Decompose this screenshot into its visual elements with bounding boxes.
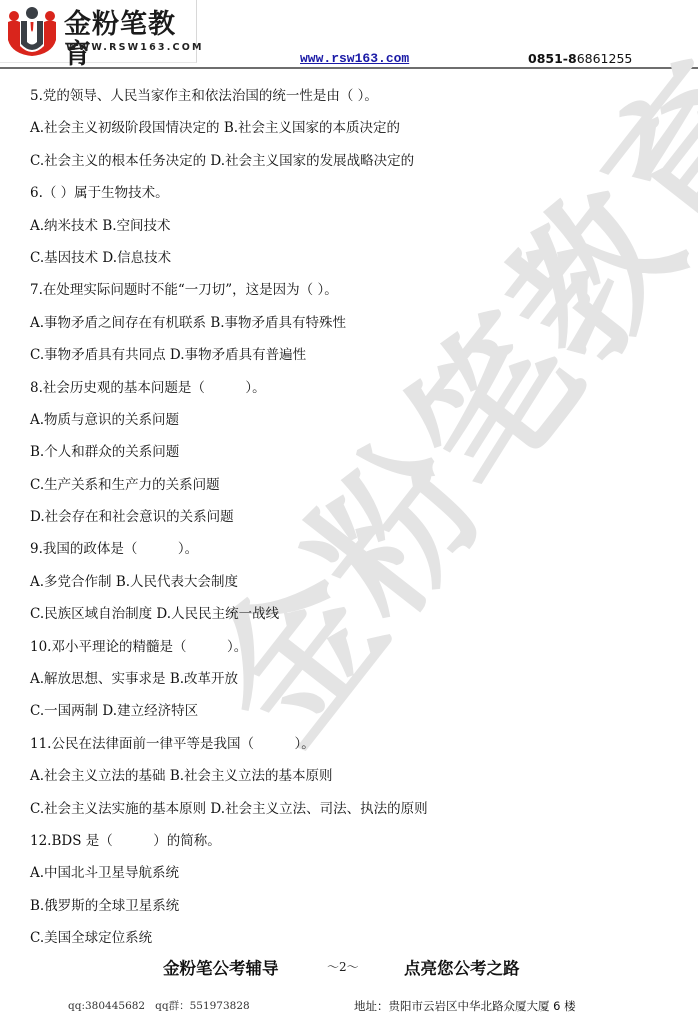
address-label: 地址：贵阳市云岩区中华北路众厦大厦: [354, 999, 550, 1013]
question-5: 5.党的领导、人民当家作主和依法治国的统一性是由（ ）。 A.社会主义初级阶段国…: [30, 80, 670, 177]
option-line: C.一国两制 D.建立经济特区: [30, 695, 670, 727]
logo-url: WWW.RSW163.COM: [66, 42, 204, 53]
question-stem: 9.我国的政体是（ ）。: [30, 533, 670, 565]
option-line: A.社会主义初级阶段国情决定的 B.社会主义国家的本质决定的: [30, 112, 670, 144]
question-stem: 6.（ ）属于生物技术。: [30, 177, 670, 209]
address-floor: 6: [553, 999, 560, 1013]
question-11: 11.公民在法律面前一律平等是我国（ ）。 A.社会主义立法的基础 B.社会主义…: [30, 728, 670, 825]
question-6: 6.（ ）属于生物技术。 A.纳米技术 B.空间技术 C.基因技术 D.信息技术: [30, 177, 670, 274]
option-line: A.中国北斗卫星导航系统: [30, 857, 670, 889]
option-line: A.社会主义立法的基础 B.社会主义立法的基本原则: [30, 760, 670, 792]
question-8: 8.社会历史观的基本问题是（ ）。 A.物质与意识的关系问题 B.个人和群众的关…: [30, 372, 670, 534]
page-footer: 金粉笔公考辅导 ～2～ 点亮您公考之路: [0, 955, 698, 981]
option-line: A.物质与意识的关系问题: [30, 404, 670, 436]
question-stem: 10.邓小平理论的精髓是（ ）。: [30, 631, 670, 663]
phone-prefix: 0851-8: [528, 51, 577, 66]
option-line: A.多党合作制 B.人民代表大会制度: [30, 566, 670, 598]
qq-number: qq:380445682: [68, 1000, 145, 1012]
question-stem: 11.公民在法律面前一律平等是我国（ ）。: [30, 728, 670, 760]
option-line: D.社会存在和社会意识的关系问题: [30, 501, 670, 533]
logo: 金粉笔教育 WWW.RSW163.COM: [0, 0, 197, 63]
logo-mascot-icon: [6, 6, 58, 56]
header-divider: [0, 67, 698, 69]
phone-suffix: 6861255: [577, 51, 633, 66]
footer-slogan-left: 金粉笔公考辅导: [163, 955, 279, 979]
address-suffix: 楼: [564, 999, 576, 1013]
qq-group-prefix: qq: [155, 1000, 168, 1012]
option-line: C.社会主义的根本任务决定的 D.社会主义国家的发展战略决定的: [30, 145, 670, 177]
option-line: C.民族区域自治制度 D.人民民主统一战线: [30, 598, 670, 630]
option-line: C.事物矛盾具有共同点 D.事物矛盾具有普遍性: [30, 339, 670, 371]
footer-slogan-right: 点亮您公考之路: [404, 955, 520, 979]
option-line: B.个人和群众的关系问题: [30, 436, 670, 468]
footer-contact: qq:380445682 qq群：551973828 地址：贵阳市云岩区中华北路…: [0, 996, 698, 1016]
question-stem: 5.党的领导、人民当家作主和依法治国的统一性是由（ ）。: [30, 80, 670, 112]
option-line: C.美国全球定位系统: [30, 922, 670, 954]
option-line: C.社会主义法实施的基本原则 D.社会主义立法、司法、执法的原则: [30, 793, 670, 825]
question-10: 10.邓小平理论的精髓是（ ）。 A.解放思想、实事求是 B.改革开放 C.一国…: [30, 631, 670, 728]
question-stem: 12.BDS 是（ ）的简称。: [30, 825, 670, 857]
option-line: A.事物矛盾之间存在有机联系 B.事物矛盾具有特殊性: [30, 307, 670, 339]
option-line: A.解放思想、实事求是 B.改革开放: [30, 663, 670, 695]
page-number: ～2～: [327, 958, 359, 975]
qq-group-label: 群：: [169, 1000, 190, 1012]
phone-number: 0851-86861255: [528, 51, 632, 66]
option-line: C.基因技术 D.信息技术: [30, 242, 670, 274]
question-stem: 8.社会历史观的基本问题是（ ）。: [30, 372, 670, 404]
question-7: 7.在处理实际问题时不能“一刀切”，这是因为（ ）。 A.事物矛盾之间存在有机联…: [30, 274, 670, 371]
option-line: A.纳米技术 B.空间技术: [30, 210, 670, 242]
question-9: 9.我国的政体是（ ）。 A.多党合作制 B.人民代表大会制度 C.民族区域自治…: [30, 533, 670, 630]
question-list: 5.党的领导、人民当家作主和依法治国的统一性是由（ ）。 A.社会主义初级阶段国…: [30, 80, 670, 955]
logo-text: 金粉笔教育: [64, 10, 196, 70]
qq-contact: qq:380445682 qq群：551973828: [68, 998, 250, 1013]
website-link[interactable]: www.rsw163.com: [300, 51, 409, 66]
address: 地址：贵阳市云岩区中华北路众厦大厦 6 楼: [354, 998, 576, 1014]
qq-group-number: 551973828: [190, 1000, 250, 1012]
question-12: 12.BDS 是（ ）的简称。 A.中国北斗卫星导航系统 B.俄罗斯的全球卫星系…: [30, 825, 670, 955]
option-line: B.俄罗斯的全球卫星系统: [30, 890, 670, 922]
option-line: C.生产关系和生产力的关系问题: [30, 469, 670, 501]
page-header: 金粉笔教育 WWW.RSW163.COM www.rsw163.com 0851…: [0, 0, 698, 70]
question-stem: 7.在处理实际问题时不能“一刀切”，这是因为（ ）。: [30, 274, 670, 306]
